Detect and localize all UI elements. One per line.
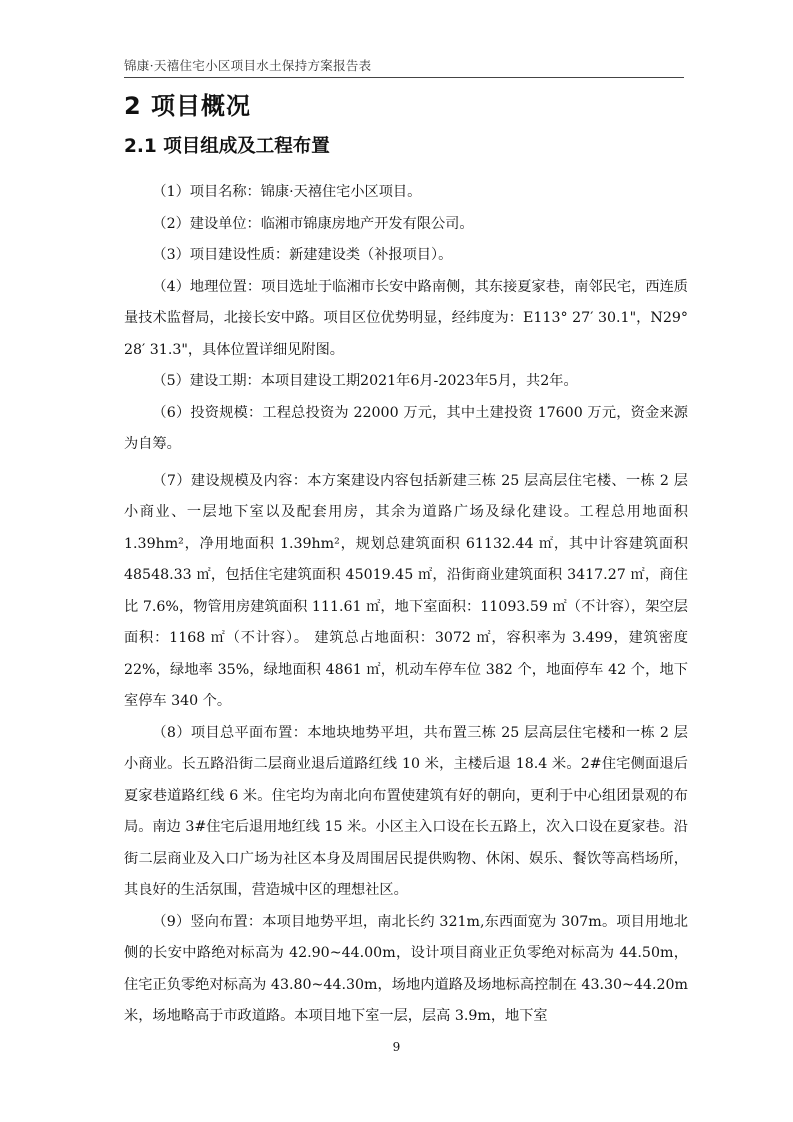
running-header: 锦康·天禧住宅小区项目水土保持方案报告表 <box>124 56 684 78</box>
paragraph-scale-content: （7）建设规模及内容：本方案建设内容包括新建三栋 25 层高层住宅楼、一栋 2 … <box>124 466 688 718</box>
paragraph-construction-unit: （2）建设单位：临湘市锦康房地产开发有限公司。 <box>124 209 688 241</box>
paragraph-location: （4）地理位置：项目选址于临湘市长安中路南侧，其东接夏家巷，南邻民宅，西连质量技… <box>124 272 688 367</box>
paragraph-site-layout: （8）项目总平面布置：本地块地势平坦，共布置三栋 25 层高层住宅楼和一栋 2 … <box>124 718 688 907</box>
paragraph-project-name: （1）项目名称：锦康·天禧住宅小区项目。 <box>124 177 688 209</box>
section-title: 2.1 项目组成及工程布置 <box>124 132 330 158</box>
chapter-title: 2 项目概况 <box>124 86 251 121</box>
paragraph-vertical-layout: （9）竖向布置：本项目地势平坦，南北长约 321m,东西面宽为 307m。项目用… <box>124 907 688 1033</box>
paragraph-investment: （6）投资规模：工程总投资为 22000 万元，其中土建投资 17600 万元，… <box>124 398 688 461</box>
page-number: 9 <box>0 1040 793 1054</box>
document-body: （1）项目名称：锦康·天禧住宅小区项目。 （2）建设单位：临湘市锦康房地产开发有… <box>124 177 688 1033</box>
paragraph-construction-period: （5）建设工期：本项目建设工期2021年6月-2023年5月，共2年。 <box>124 366 688 398</box>
paragraph-project-nature: （3）项目建设性质：新建建设类（补报项目）。 <box>124 240 688 272</box>
